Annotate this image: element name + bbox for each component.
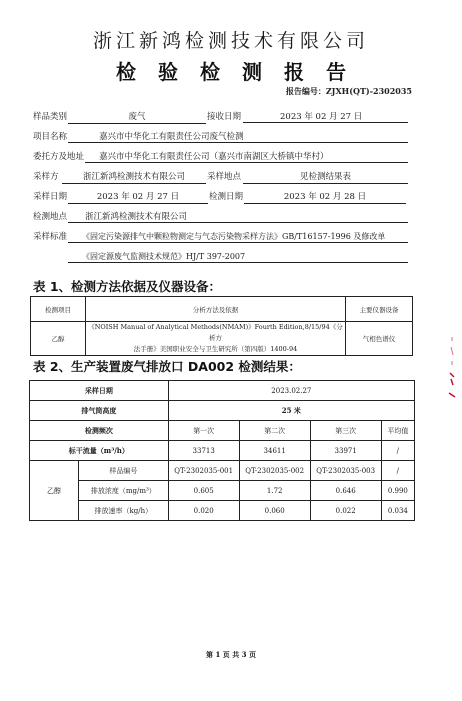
sample-date-label: 采样日期	[33, 191, 67, 203]
sample-date-value: 2023.02.27	[168, 381, 414, 401]
frequency-2: 第二次	[239, 421, 310, 441]
sample-type-label: 样品类别	[33, 111, 67, 123]
row-project: 项目名称 嘉兴市中华化工有限责任公司废气检测	[0, 131, 462, 144]
sample-site-value: 见检测结果表	[243, 171, 408, 184]
row-sampler: 采样方 浙江新鸿检测技术有限公司 采样地点 见检测结果表	[0, 171, 462, 184]
cell: QT-2302035-003	[310, 461, 381, 481]
table-row: 乙醇 《NOISH Manual of Analytical Methods(N…	[31, 322, 413, 356]
report-number-label: 报告编号：	[286, 86, 326, 96]
sample-site-label: 采样地点	[207, 171, 241, 183]
table1-title: 表 1、检测方法依据及仪器设备：	[33, 277, 221, 295]
table-row: 采样日期 2023.02.27	[30, 381, 415, 401]
receive-date-value: 2023 年 02 月 27 日	[243, 111, 408, 123]
sample-date-value: 2023 年 02 月 27 日	[68, 191, 208, 204]
flow-2: 34611	[239, 441, 310, 461]
stack-height-label: 排气筒高度	[30, 401, 169, 421]
client-label: 委托方及地址	[33, 151, 84, 163]
flow-3: 33971	[310, 441, 381, 461]
header-item: 检测项目	[31, 297, 86, 322]
row-client: 委托方及地址 嘉兴市中华化工有限责任公司（嘉兴市南湖区大桥镇中华村）	[0, 151, 462, 164]
project-value: 嘉兴市中华化工有限责任公司废气检测	[68, 131, 408, 143]
table-header-row: 检测项目 分析方法及依据 主要仪器设备	[31, 297, 413, 322]
flow-1: 33713	[168, 441, 239, 461]
method-line-2: 法手册》美国职业安全与卫生研究所（第四版）1400-94	[88, 344, 343, 355]
sample-type-value: 废气	[68, 111, 206, 124]
test-site-value: 浙江新鸿检测技术有限公司	[68, 211, 408, 223]
flow-label: 标干流量（m³/h）	[30, 441, 169, 461]
cell: 0.034	[381, 501, 414, 521]
frequency-avg: 平均值	[381, 421, 414, 441]
test-date-value: 2023 年 02 月 28 日	[244, 191, 406, 204]
cell: 1.72	[239, 481, 310, 501]
header-method: 分析方法及依据	[86, 297, 346, 322]
project-label: 项目名称	[33, 131, 67, 143]
table-row: 排放速率（kg/h） 0.020 0.060 0.022 0.034	[30, 501, 415, 521]
test-site-label: 检测地点	[33, 211, 67, 223]
standard-value-1: 《固定污染源排气中颗粒物测定与气态污染物采样方法》GB/T16157-1996 …	[68, 231, 408, 243]
frequency-1: 第一次	[168, 421, 239, 441]
standard-value-2: 《固定源废气监测技术规范》HJ/T 397-2007	[68, 251, 408, 263]
cell: 0.990	[381, 481, 414, 501]
cell-method: 《NOISH Manual of Analytical Methods(NMAM…	[86, 322, 346, 356]
page-number: 第 1 页 共 3 页	[0, 650, 462, 660]
receive-date-label: 接收日期	[207, 111, 241, 123]
results-table: 采样日期 2023.02.27 排气筒高度 25 米 检测频次 第一次 第二次 …	[29, 380, 415, 521]
cell: 0.020	[168, 501, 239, 521]
cell-instrument: 气相色谱仪	[346, 322, 413, 356]
report-number-value: ZJXH(QT)-2302035	[326, 86, 412, 96]
method-table: 检测项目 分析方法及依据 主要仪器设备 乙醇 《NOISH Manual of …	[30, 296, 413, 356]
flow-avg: /	[381, 441, 414, 461]
header-instrument: 主要仪器设备	[346, 297, 413, 322]
cell-item: 乙醇	[31, 322, 86, 356]
cell: 0.060	[239, 501, 310, 521]
row-label: 排放速率（kg/h）	[79, 501, 169, 521]
table-row: 排放浓度（mg/m³） 0.605 1.72 0.646 0.990	[30, 481, 415, 501]
sampler-value: 浙江新鸿检测技术有限公司	[62, 171, 206, 184]
seal-fragment-icon	[448, 335, 456, 405]
row-label: 排放浓度（mg/m³）	[79, 481, 169, 501]
sampler-label: 采样方	[33, 171, 59, 183]
cell: /	[381, 461, 414, 481]
company-name: 浙江新鸿检测技术有限公司	[0, 26, 462, 53]
row-sample-date: 采样日期 2023 年 02 月 27 日 检测日期 2023 年 02 月 2…	[0, 191, 462, 204]
client-value: 嘉兴市中华化工有限责任公司（嘉兴市南湖区大桥镇中华村）	[85, 151, 408, 163]
row-label: 样品编号	[79, 461, 169, 481]
table-row: 检测频次 第一次 第二次 第三次 平均值	[30, 421, 415, 441]
report-title: 检验检测报告	[0, 56, 462, 85]
report-number: 报告编号：ZJXH(QT)-2302035	[286, 86, 412, 97]
cell: QT-2302035-001	[168, 461, 239, 481]
frequency-3: 第三次	[310, 421, 381, 441]
table2-title: 表 2、生产装置废气排放口 DA002 检测结果：	[33, 357, 301, 375]
pollutant-name: 乙醇	[30, 461, 79, 521]
row-standard-2: 《固定源废气监测技术规范》HJ/T 397-2007	[0, 251, 462, 264]
sample-date-label: 采样日期	[30, 381, 169, 401]
cell: 0.605	[168, 481, 239, 501]
test-date-label: 检测日期	[209, 191, 243, 203]
frequency-label: 检测频次	[30, 421, 169, 441]
standard-label: 采样标准	[33, 231, 67, 243]
row-test-site: 检测地点 浙江新鸿检测技术有限公司	[0, 211, 462, 224]
method-line-1: 《NOISH Manual of Analytical Methods(NMAM…	[88, 322, 343, 344]
cell: 0.646	[310, 481, 381, 501]
row-standard: 采样标准 《固定污染源排气中颗粒物测定与气态污染物采样方法》GB/T16157-…	[0, 231, 462, 244]
cell: QT-2302035-002	[239, 461, 310, 481]
row-sample-type: 样品类别 废气 接收日期 2023 年 02 月 27 日	[0, 111, 462, 124]
cell: 0.022	[310, 501, 381, 521]
table-row: 标干流量（m³/h） 33713 34611 33971 /	[30, 441, 415, 461]
table-row: 排气筒高度 25 米	[30, 401, 415, 421]
table-row: 乙醇 样品编号 QT-2302035-001 QT-2302035-002 QT…	[30, 461, 415, 481]
stack-height-value: 25 米	[168, 401, 414, 421]
